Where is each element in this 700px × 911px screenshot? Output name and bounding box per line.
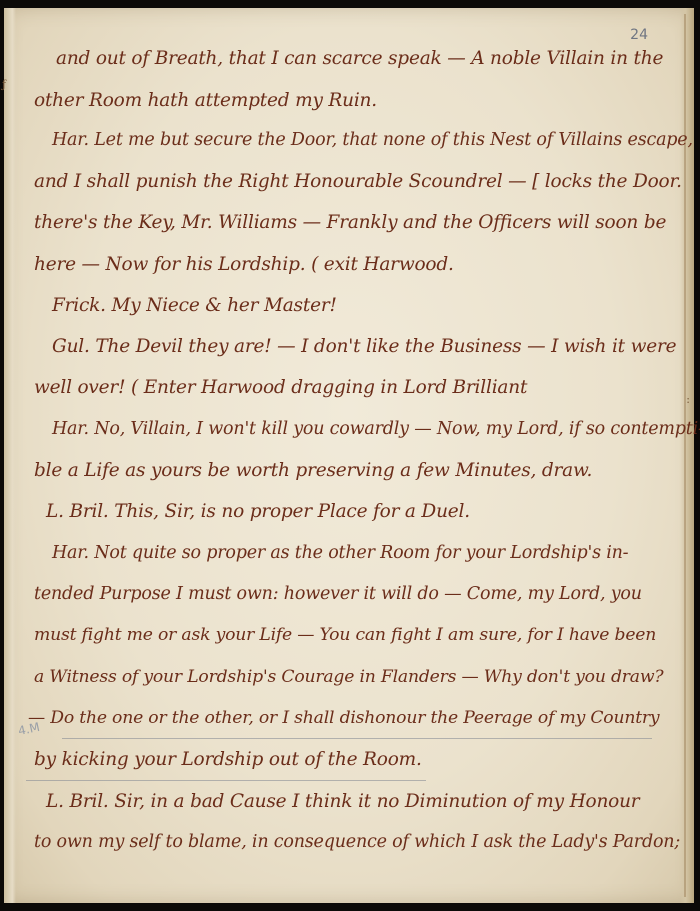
text-line: there's the Key, Mr. Williams — Frankly … (34, 212, 666, 233)
text-line: a Witness of your Lordship's Courage in … (34, 667, 663, 687)
text-line: and I shall punish the Right Honourable … (34, 171, 682, 192)
page-gutter (4, 8, 16, 903)
text-line: and out of Breath, that I can scarce spe… (56, 48, 663, 69)
manuscript-page: 24 and out of Breath, that I can scarce … (4, 8, 694, 903)
text-line: by kicking your Lordship out of the Room… (34, 749, 422, 770)
text-line: — Do the one or the other, or I shall di… (28, 708, 659, 728)
pencil-underline (26, 780, 426, 781)
margin-mark: ƒ (2, 78, 6, 91)
text-line: tended Purpose I must own: however it wi… (34, 584, 642, 604)
pencil-underline (62, 738, 652, 739)
text-line: Gul. The Devil they are! — I don't like … (52, 336, 676, 357)
margin-mark: : (686, 393, 690, 406)
text-line: must fight me or ask your Life — You can… (34, 625, 656, 645)
text-line: Har. No, Villain, I won't kill you cowar… (52, 419, 700, 439)
text-line: Frick. My Niece & her Master! (52, 295, 337, 316)
folio-number: 24 (630, 27, 648, 43)
text-line: L. Bril. This, Sir, is no proper Place f… (46, 501, 470, 522)
text-line: Har. Not quite so proper as the other Ro… (52, 543, 628, 563)
text-line: here — Now for his Lordship. ( exit Harw… (34, 254, 454, 275)
text-line: Har. Let me but secure the Door, that no… (52, 130, 693, 150)
text-line: L. Bril. Sir, in a bad Cause I think it … (46, 791, 639, 812)
text-line: well over! ( Enter Harwood dragging in L… (34, 377, 527, 398)
text-line: other Room hath attempted my Ruin. (34, 90, 377, 111)
text-line: ble a Life as yours be worth preserving … (34, 460, 592, 481)
text-line: to own my self to blame, in consequence … (34, 832, 680, 852)
